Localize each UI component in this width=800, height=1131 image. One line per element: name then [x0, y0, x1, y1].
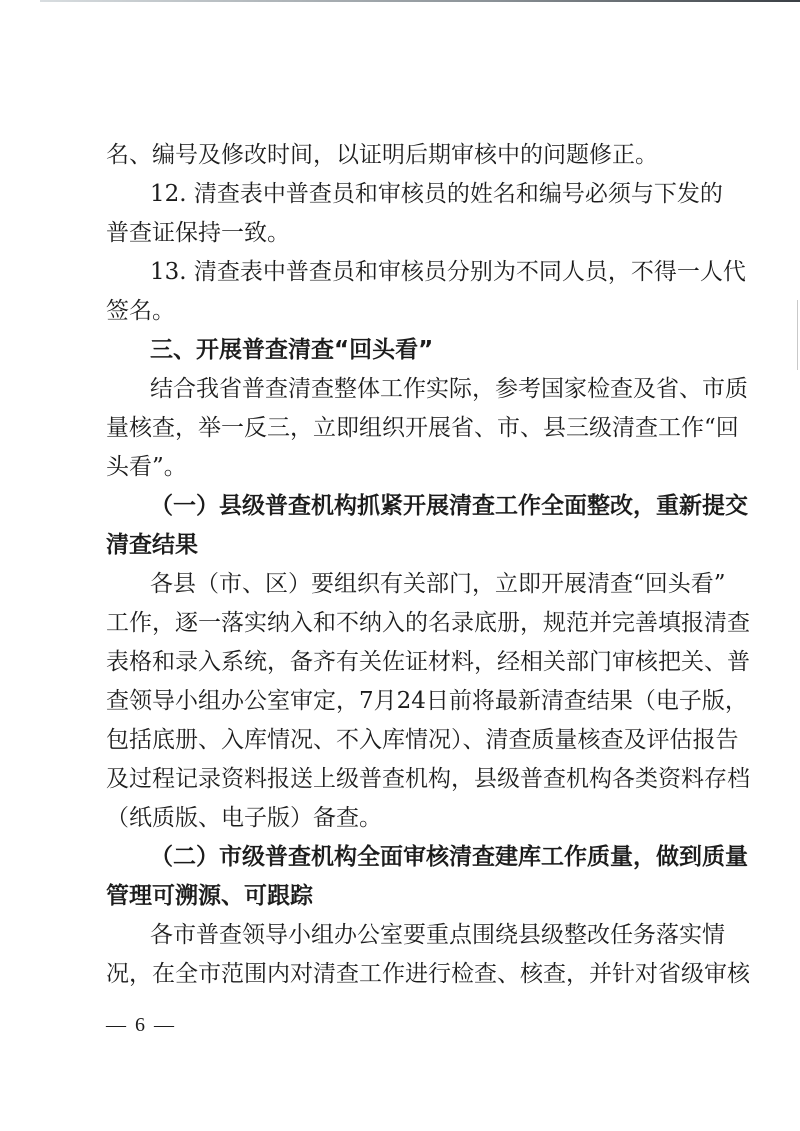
numbered-item-12-line: 普查证保持一致。 [106, 214, 696, 253]
paragraph-line: 名、编号及修改时间，以证明后期审核中的问题修正。 [106, 136, 696, 175]
paragraph-line: 头看”。 [106, 448, 696, 487]
paragraph-line: 各县（市、区）要组织有关部门，立即开展清查“回头看” [106, 565, 696, 604]
subsection-heading: 清查结果 [106, 526, 696, 565]
paragraph-line: 查领导小组办公室审定，7月24日前将最新清查结果（电子版， [106, 682, 696, 721]
page-number: — 6 — [106, 1012, 176, 1038]
paragraph-line: 各市普查领导小组办公室要重点围绕县级整改任务落实情 [106, 916, 696, 955]
paragraph-line: 量核查，举一反三，立即组织开展省、市、县三级清查工作“回 [106, 409, 696, 448]
paragraph-line: （纸质版、电子版）备查。 [106, 799, 696, 838]
subsection-heading: （一）县级普查机构抓紧开展清查工作全面整改，重新提交 [106, 487, 696, 526]
paragraph-line: 况，在全市范围内对清查工作进行检查、核查，并针对省级审核 [106, 955, 696, 994]
numbered-item-12-line: 12. 清查表中普查员和审核员的姓名和编号必须与下发的 [106, 175, 696, 214]
section-heading: 三、开展普查清查“回头看” [106, 331, 696, 370]
paragraph-line: 结合我省普查清查整体工作实际，参考国家检查及省、市质 [106, 370, 696, 409]
paragraph-line: 表格和录入系统，备齐有关佐证材料，经相关部门审核把关、普 [106, 643, 696, 682]
scan-top-edge [40, 0, 800, 2]
paragraph-line: 包括底册、入库情况、不入库情况）、清查质量核查及评估报告 [106, 721, 696, 760]
numbered-item-13-line: 13. 清查表中普查员和审核员分别为不同人员，不得一人代 [106, 253, 696, 292]
subsection-heading: 管理可溯源、可跟踪 [106, 877, 696, 916]
document-page: 名、编号及修改时间，以证明后期审核中的问题修正。 12. 清查表中普查员和审核员… [106, 136, 696, 994]
scan-right-edge [797, 300, 798, 370]
paragraph-line: 工作，逐一落实纳入和不纳入的名录底册，规范并完善填报清查 [106, 604, 696, 643]
subsection-heading: （二）市级普查机构全面审核清查建库工作质量，做到质量 [106, 838, 696, 877]
numbered-item-13-line: 签名。 [106, 292, 696, 331]
paragraph-line: 及过程记录资料报送上级普查机构，县级普查机构各类资料存档 [106, 760, 696, 799]
